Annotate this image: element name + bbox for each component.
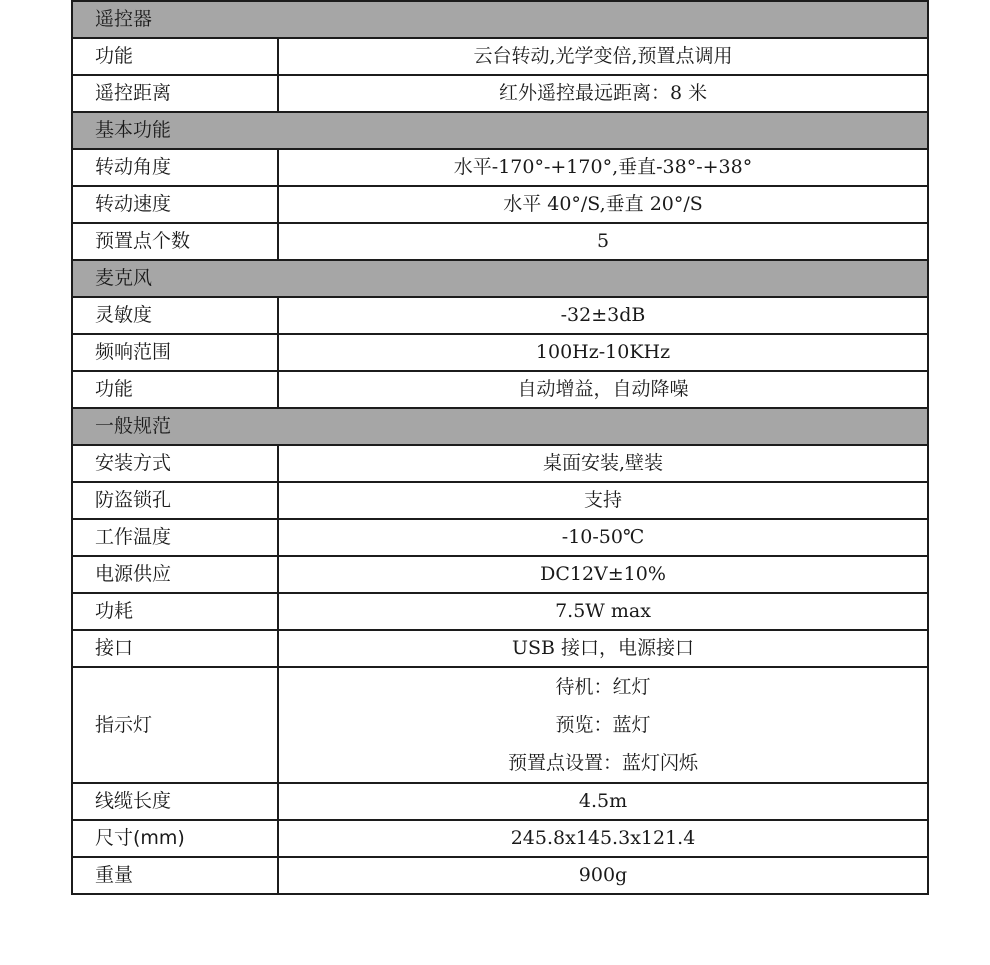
- row-label: 工作温度: [72, 519, 278, 556]
- row-label: 预置点个数: [72, 223, 278, 260]
- row-label: 线缆长度: [72, 783, 278, 820]
- table-row: 尺寸(mm) 245.8x145.3x121.4: [72, 820, 928, 857]
- table-row: 工作温度 -10-50℃: [72, 519, 928, 556]
- table-row: 预置点个数 5: [72, 223, 928, 260]
- table-row: 重量 900g: [72, 857, 928, 894]
- table-row: 接口 USB 接口，电源接口: [72, 630, 928, 667]
- table-row: 转动速度 水平 40°/S,垂直 20°/S: [72, 186, 928, 223]
- row-label: 频响范围: [72, 334, 278, 371]
- section-title: 一般规范: [72, 408, 928, 445]
- row-value: DC12V±10%: [278, 556, 928, 593]
- table-row: 转动角度 水平-170°-+170°,垂直-38°-+38°: [72, 149, 928, 186]
- table-row: 遥控距离 红外遥控最远距离：8 米: [72, 75, 928, 112]
- section-title: 基本功能: [72, 112, 928, 149]
- row-value: 云台转动,光学变倍,预置点调用: [278, 38, 928, 75]
- row-value: 桌面安装,壁装: [278, 445, 928, 482]
- row-value: 水平 40°/S,垂直 20°/S: [278, 186, 928, 223]
- indicator-line: 待机：红灯: [279, 668, 927, 706]
- row-label: 功能: [72, 371, 278, 408]
- row-value: 245.8x145.3x121.4: [278, 820, 928, 857]
- table-row: 频响范围 100Hz-10KHz: [72, 334, 928, 371]
- row-label: 功能: [72, 38, 278, 75]
- row-value: -32±3dB: [278, 297, 928, 334]
- row-value: 支持: [278, 482, 928, 519]
- table-row-indicator: 指示灯 待机：红灯 预览：蓝灯 预置点设置：蓝灯闪烁: [72, 667, 928, 783]
- table-row: 功能 云台转动,光学变倍,预置点调用: [72, 38, 928, 75]
- row-value: -10-50℃: [278, 519, 928, 556]
- row-value: 5: [278, 223, 928, 260]
- section-title: 遥控器: [72, 1, 928, 38]
- table-row: 功能 自动增益，自动降噪: [72, 371, 928, 408]
- row-value: 4.5m: [278, 783, 928, 820]
- row-value: USB 接口，电源接口: [278, 630, 928, 667]
- table-row: 防盗锁孔 支持: [72, 482, 928, 519]
- row-label: 灵敏度: [72, 297, 278, 334]
- indicator-line: 预览：蓝灯: [279, 706, 927, 744]
- row-label: 防盗锁孔: [72, 482, 278, 519]
- section-header-microphone: 麦克风: [72, 260, 928, 297]
- table-row: 安装方式 桌面安装,壁装: [72, 445, 928, 482]
- table-row: 电源供应 DC12V±10%: [72, 556, 928, 593]
- row-label: 安装方式: [72, 445, 278, 482]
- row-label: 转动速度: [72, 186, 278, 223]
- section-header-basic: 基本功能: [72, 112, 928, 149]
- table-row: 灵敏度 -32±3dB: [72, 297, 928, 334]
- row-value: 100Hz-10KHz: [278, 334, 928, 371]
- section-header-general: 一般规范: [72, 408, 928, 445]
- row-label: 接口: [72, 630, 278, 667]
- table-row: 功耗 7.5W max: [72, 593, 928, 630]
- spec-table: 遥控器 功能 云台转动,光学变倍,预置点调用 遥控距离 红外遥控最远距离：8 米…: [71, 0, 929, 895]
- row-label: 重量: [72, 857, 278, 894]
- row-value-multiline: 待机：红灯 预览：蓝灯 预置点设置：蓝灯闪烁: [278, 667, 928, 783]
- row-value: 900g: [278, 857, 928, 894]
- row-value: 自动增益，自动降噪: [278, 371, 928, 408]
- indicator-line: 预置点设置：蓝灯闪烁: [279, 744, 927, 782]
- row-value: 7.5W max: [278, 593, 928, 630]
- section-header-remote: 遥控器: [72, 1, 928, 38]
- table-row: 线缆长度 4.5m: [72, 783, 928, 820]
- row-label: 功耗: [72, 593, 278, 630]
- row-label: 尺寸(mm): [72, 820, 278, 857]
- row-value: 水平-170°-+170°,垂直-38°-+38°: [278, 149, 928, 186]
- row-label: 指示灯: [72, 667, 278, 783]
- row-value: 红外遥控最远距离：8 米: [278, 75, 928, 112]
- row-label: 转动角度: [72, 149, 278, 186]
- section-title: 麦克风: [72, 260, 928, 297]
- row-label: 遥控距离: [72, 75, 278, 112]
- row-label: 电源供应: [72, 556, 278, 593]
